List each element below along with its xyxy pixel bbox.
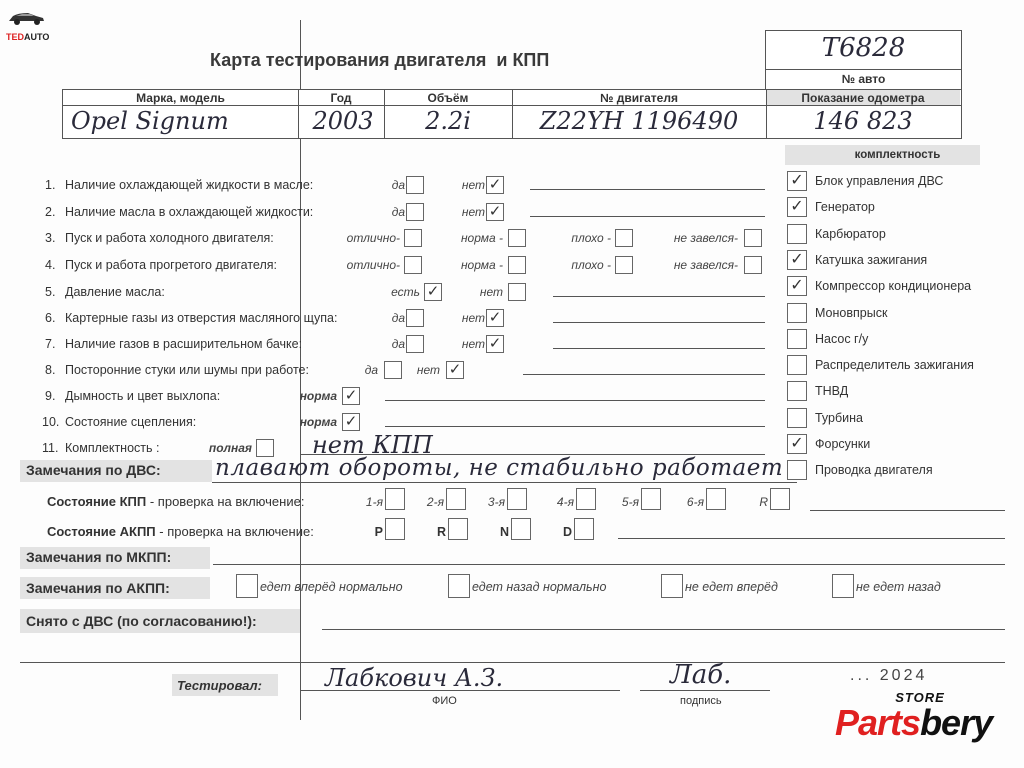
brand-name-dark: bery bbox=[920, 702, 992, 743]
tester-name[interactable]: Лабкович А.З. bbox=[325, 664, 503, 692]
option-checkbox[interactable] bbox=[406, 335, 424, 353]
option-checkbox[interactable]: ✓ bbox=[486, 203, 504, 221]
completeness-checkbox[interactable] bbox=[787, 355, 807, 375]
check-label: Картерные газы из отверстия масляного щу… bbox=[65, 311, 337, 325]
gear-label: 4-я bbox=[557, 495, 574, 509]
option-checkbox[interactable] bbox=[404, 256, 422, 274]
signature-caption: подпись bbox=[680, 695, 722, 707]
completeness-checkbox[interactable] bbox=[787, 303, 807, 323]
note-line[interactable] bbox=[553, 322, 765, 323]
mode-checkbox[interactable] bbox=[448, 518, 468, 540]
check-number: 1. bbox=[45, 178, 55, 192]
note-line[interactable] bbox=[385, 400, 765, 401]
mkpp-remarks-line[interactable] bbox=[213, 564, 1005, 565]
check-number: 4. bbox=[45, 258, 55, 272]
option-label: есть bbox=[391, 285, 420, 299]
completeness-checkbox[interactable]: ✓ bbox=[787, 250, 807, 270]
logo-text-red: TED bbox=[6, 32, 24, 42]
akpp-option-label: едет назад нормально bbox=[472, 580, 606, 594]
note-line[interactable] bbox=[385, 426, 765, 427]
akpp-option-checkbox[interactable] bbox=[832, 574, 854, 598]
completeness-label: Форсунки bbox=[815, 437, 870, 451]
completeness-checkbox[interactable] bbox=[787, 408, 807, 428]
option-label: нет bbox=[462, 178, 485, 192]
option-checkbox[interactable] bbox=[508, 256, 526, 274]
completeness-checkbox[interactable]: ✓ bbox=[787, 434, 807, 454]
mode-checkbox[interactable] bbox=[385, 518, 405, 540]
option-checkbox[interactable]: ✓ bbox=[486, 335, 504, 353]
header-odometer: Показание одометра bbox=[766, 91, 960, 105]
option-label: нет bbox=[462, 205, 485, 219]
check-number: 11. bbox=[42, 441, 58, 455]
completeness-label: Катушка зажигания bbox=[815, 253, 927, 267]
completeness-title: комплектность bbox=[785, 145, 980, 165]
option-label: нет bbox=[480, 285, 503, 299]
option-label: отлично- bbox=[347, 231, 400, 245]
option-checkbox[interactable]: ✓ bbox=[486, 176, 504, 194]
akpp-remarks-label: Замечания по АКПП: bbox=[26, 580, 170, 596]
option-label: не завелся- bbox=[674, 231, 738, 245]
option-label: да bbox=[392, 337, 405, 351]
completeness-label: Блок управления ДВС bbox=[815, 174, 943, 188]
completeness-checkbox[interactable] bbox=[787, 329, 807, 349]
completeness-checkbox[interactable]: ✓ bbox=[787, 197, 807, 217]
option-label: плохо - bbox=[571, 258, 611, 272]
mkpp-remarks-label: Замечания по МКПП: bbox=[26, 549, 171, 565]
completeness-label: Турбина bbox=[815, 411, 863, 425]
manual-gearbox-label: Состояние КПП - проверка на включение: bbox=[47, 494, 304, 509]
check-label: Давление масла: bbox=[65, 285, 165, 299]
brand-name-red: Parts bbox=[835, 702, 920, 743]
gear-checkbox[interactable] bbox=[385, 488, 405, 510]
akpp-option-label: не едет назад bbox=[856, 580, 941, 594]
option-label: норма - bbox=[461, 231, 503, 245]
mode-label: N bbox=[500, 525, 509, 539]
gear-checkbox[interactable] bbox=[770, 488, 790, 510]
signature-line bbox=[640, 690, 770, 691]
check-label: Пуск и работа прогретого двигателя: bbox=[65, 258, 277, 272]
partsbery-logo: STORE Partsbery bbox=[835, 690, 1005, 741]
removed-line[interactable] bbox=[322, 629, 1005, 630]
mode-label: P bbox=[375, 525, 383, 539]
check-number: 2. bbox=[45, 205, 55, 219]
auto-gearbox-label: Состояние АКПП - проверка на включение: bbox=[47, 524, 314, 539]
completeness-checkbox[interactable]: ✓ bbox=[787, 171, 807, 191]
removed-label: Снято с ДВС (по согласованию!): bbox=[26, 613, 257, 629]
option-checkbox[interactable]: ✓ bbox=[486, 309, 504, 327]
car-icon bbox=[6, 10, 46, 26]
option-checkbox[interactable]: ✓ bbox=[424, 283, 442, 301]
akpp-option-label: едет вперёд нормально bbox=[260, 580, 403, 594]
header-year: Год bbox=[298, 91, 384, 105]
option-checkbox[interactable] bbox=[406, 309, 424, 327]
option-label: да bbox=[365, 363, 378, 377]
option-checkbox[interactable] bbox=[744, 229, 762, 247]
completeness-label: Моновпрыск bbox=[815, 306, 887, 320]
gear-label: R bbox=[759, 495, 768, 509]
engine-remarks-line bbox=[212, 482, 797, 483]
gear-checkbox[interactable] bbox=[507, 488, 527, 510]
check-label: Посторонние стуки или шумы при работе: bbox=[65, 363, 309, 377]
completeness-label: Проводка двигателя bbox=[815, 463, 933, 477]
engine-no-value: Z22YH 1196490 bbox=[512, 107, 766, 135]
gear-label: 2-я bbox=[427, 495, 444, 509]
option-checkbox[interactable]: ✓ bbox=[342, 387, 360, 405]
check-label: Наличие масла в охлаждающей жидкости: bbox=[65, 205, 313, 219]
option-label: нет bbox=[462, 311, 485, 325]
akpp-option-checkbox[interactable] bbox=[661, 574, 683, 598]
option-checkbox[interactable] bbox=[615, 229, 633, 247]
completeness-label: Карбюратор bbox=[815, 227, 886, 241]
completeness-checkbox[interactable] bbox=[787, 381, 807, 401]
logo-text-dark: AUTO bbox=[24, 32, 49, 42]
option-checkbox[interactable]: ✓ bbox=[446, 361, 464, 379]
header-volume: Объём bbox=[384, 91, 512, 105]
akpp-option-label: не едет вперёд bbox=[685, 580, 778, 594]
note-line[interactable] bbox=[553, 296, 765, 297]
akpp-option-checkbox[interactable] bbox=[448, 574, 470, 598]
gear-checkbox[interactable] bbox=[641, 488, 661, 510]
name-caption: ФИО bbox=[432, 695, 457, 707]
engine-remarks-value[interactable]: плавают обороты, не стабильно работает bbox=[215, 455, 783, 481]
gear-label: 6-я bbox=[687, 495, 704, 509]
mode-label: R bbox=[437, 525, 446, 539]
separator-line bbox=[20, 662, 1005, 663]
option-label: норма - bbox=[461, 258, 503, 272]
date-stamp: ... 2024 bbox=[850, 667, 927, 685]
check-number: 7. bbox=[45, 337, 55, 351]
tested-by-label: Тестировал: bbox=[177, 678, 262, 693]
completeness-label: ТНВД bbox=[815, 384, 848, 398]
check-label: Наличие газов в расширительном бачке: bbox=[65, 337, 302, 351]
signature: Лаб. bbox=[670, 660, 731, 690]
check-label: Дымность и цвет выхлопа: bbox=[65, 389, 220, 403]
check-label: Пуск и работа холодного двигателя: bbox=[65, 231, 274, 245]
check-number: 5. bbox=[45, 285, 55, 299]
note-line[interactable] bbox=[530, 216, 765, 217]
option-label: норма bbox=[300, 415, 337, 429]
header-model: Марка, модель bbox=[63, 91, 298, 105]
check-number: 9. bbox=[45, 389, 55, 403]
option-checkbox[interactable] bbox=[406, 203, 424, 221]
header-engine-no: № двигателя bbox=[512, 91, 766, 105]
completeness-header: комплектность bbox=[785, 145, 980, 165]
option-label: да bbox=[392, 205, 405, 219]
mode-checkbox[interactable] bbox=[574, 518, 594, 540]
option-label: нет bbox=[462, 337, 485, 351]
manual-gearbox-line bbox=[810, 510, 1005, 511]
year-value: 2003 bbox=[303, 107, 383, 135]
check-label: Состояние сцепления: bbox=[65, 415, 196, 429]
completeness-checkbox[interactable] bbox=[787, 224, 807, 244]
gear-label: 1-я bbox=[366, 495, 383, 509]
option-checkbox[interactable] bbox=[615, 256, 633, 274]
option-label: да bbox=[392, 311, 405, 325]
gear-checkbox[interactable] bbox=[706, 488, 726, 510]
option-checkbox[interactable] bbox=[744, 256, 762, 274]
option-label: не завелся- bbox=[674, 258, 738, 272]
completeness-checkbox[interactable]: ✓ bbox=[787, 276, 807, 296]
note-line[interactable] bbox=[553, 348, 765, 349]
completeness-label: Генератор bbox=[815, 200, 875, 214]
check-number: 8. bbox=[45, 363, 55, 377]
completeness-label: Насос г/у bbox=[815, 332, 868, 346]
option-checkbox[interactable] bbox=[508, 283, 526, 301]
option-label: плохо - bbox=[571, 231, 611, 245]
gear-checkbox[interactable] bbox=[446, 488, 466, 510]
auto-number-label: № авто bbox=[766, 72, 961, 86]
completeness-checkbox[interactable] bbox=[787, 460, 807, 480]
completeness-label: Распределитель зажигания bbox=[815, 358, 974, 372]
akpp-option-checkbox[interactable] bbox=[236, 574, 258, 598]
check-number: 10. bbox=[42, 415, 59, 429]
odometer-value: 146 823 bbox=[766, 107, 960, 135]
gear-label: 5-я bbox=[622, 495, 639, 509]
option-checkbox[interactable] bbox=[404, 229, 422, 247]
check-label: Комплектность : bbox=[65, 441, 159, 455]
option-checkbox[interactable] bbox=[384, 361, 402, 379]
tedauto-logo: TEDAUTO bbox=[6, 10, 50, 42]
auto-number-value: T6828 bbox=[766, 33, 961, 63]
check-number: 6. bbox=[45, 311, 55, 325]
option-label: нет bbox=[417, 363, 440, 377]
note-line[interactable] bbox=[523, 374, 765, 375]
note-line[interactable] bbox=[530, 189, 765, 190]
completeness-label: Компрессор кондиционера bbox=[815, 279, 971, 293]
volume-value: 2.2i bbox=[384, 107, 512, 135]
gear-checkbox[interactable] bbox=[576, 488, 596, 510]
gear-label: 3-я bbox=[488, 495, 505, 509]
check-label: Наличие охлаждающей жидкости в масле: bbox=[65, 178, 313, 192]
model-value: Opel Signum bbox=[71, 107, 229, 135]
engine-remarks-label: Замечания по ДВС: bbox=[26, 462, 161, 478]
option-label: да bbox=[392, 178, 405, 192]
option-checkbox[interactable]: ✓ bbox=[342, 413, 360, 431]
option-checkbox[interactable] bbox=[508, 229, 526, 247]
auto-gearbox-line bbox=[618, 538, 1005, 539]
mode-label: D bbox=[563, 525, 572, 539]
check-number: 3. bbox=[45, 231, 55, 245]
vehicle-table: Марка, модель Год Объём № двигателя Пока… bbox=[62, 89, 962, 139]
option-label: полная bbox=[209, 441, 252, 455]
option-checkbox[interactable] bbox=[406, 176, 424, 194]
auto-number-box: T6828 № авто bbox=[765, 30, 962, 90]
page-title: Карта тестирования двигателя и КПП bbox=[210, 50, 549, 71]
option-label: отлично- bbox=[347, 258, 400, 272]
option-label: норма bbox=[300, 389, 337, 403]
mode-checkbox[interactable] bbox=[511, 518, 531, 540]
